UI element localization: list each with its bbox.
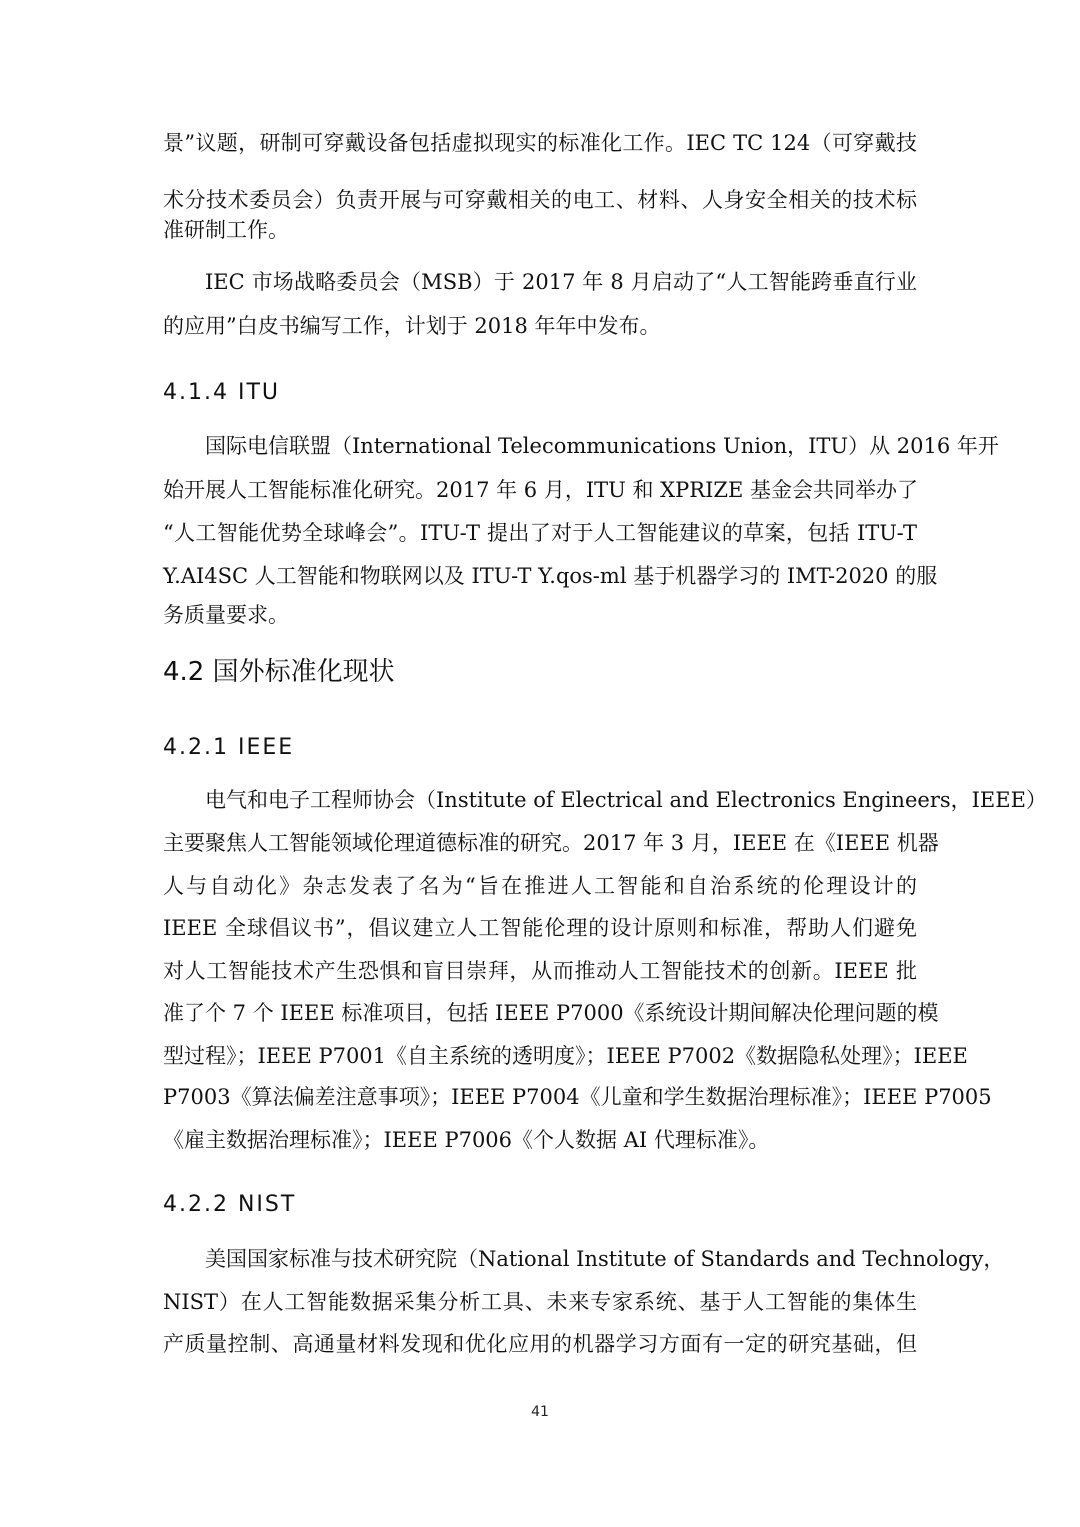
paragraph-line: 准了个 7 个 IEEE 标准项目，包括 IEEE P7000《系统设计期间解决…: [163, 998, 917, 1028]
paragraph-line: 国际电信联盟（International Telecommunications …: [205, 431, 917, 461]
paragraph-line: 的应用”白皮书编写工作，计划于 2018 年年中发布。: [163, 311, 917, 341]
section-heading-4-2-2: 4.2.2 NIST: [163, 1190, 296, 1220]
paragraph-line: 型过程》；IEEE P7001《自主系统的透明度》；IEEE P7002《数据隐…: [163, 1041, 917, 1071]
paragraph-line: 产质量控制、高通量材料发现和优化应用的机器学习方面有一定的研究基础，但: [163, 1329, 917, 1359]
paragraph-line: “人工智能优势全球峰会”。ITU-T 提出了对于人工智能建议的草案，包括 ITU…: [163, 518, 917, 548]
paragraph-line: 美国国家标准与技术研究院（National Institute of Stand…: [205, 1244, 917, 1274]
page-number: 41: [0, 1404, 1080, 1420]
paragraph-line: 务质量要求。: [163, 600, 917, 630]
paragraph-line: NIST）在人工智能数据采集分析工具、未来专家系统、基于人工智能的集体生: [163, 1287, 917, 1317]
paragraph-line: 对人工智能技术产生恐惧和盲目崇拜，从而推动人工智能技术的创新。IEEE 批: [163, 956, 917, 986]
paragraph-line: Y.AI4SC 人工智能和物联网以及 ITU-T Y.qos-ml 基于机器学习…: [163, 561, 917, 591]
section-heading-4-2: 4.2 国外标准化现状: [163, 655, 395, 689]
document-page: 景”议题，研制可穿戴设备包括虚拟现实的标准化工作。IEC TC 124（可穿戴技…: [0, 0, 1080, 1527]
paragraph-line: 景”议题，研制可穿戴设备包括虚拟现实的标准化工作。IEC TC 124（可穿戴技: [163, 128, 917, 158]
paragraph-line: IEC 市场战略委员会（MSB）于 2017 年 8 月启动了“人工智能跨垂直行…: [205, 267, 917, 297]
paragraph-line: 主要聚焦人工智能领域伦理道德标准的研究。2017 年 3 月，IEEE 在《IE…: [163, 828, 917, 858]
paragraph-line: 人与自动化》杂志发表了名为“旨在推进人工智能和自治系统的伦理设计的: [163, 871, 917, 901]
section-heading-4-1-4: 4.1.4 ITU: [163, 378, 280, 408]
paragraph-line: 术分技术委员会）负责开展与可穿戴相关的电工、材料、人身安全相关的技术标: [163, 185, 917, 215]
paragraph-line: IEEE 全球倡议书”，倡议建立人工智能伦理的设计原则和标准，帮助人们避免: [163, 913, 917, 943]
section-heading-4-2-1: 4.2.1 IEEE: [163, 733, 294, 763]
paragraph-line: 始开展人工智能标准化研究。2017 年 6 月，ITU 和 XPRIZE 基金会…: [163, 475, 917, 505]
paragraph-line: P7003《算法偏差注意事项》；IEEE P7004《儿童和学生数据治理标准》；…: [163, 1082, 917, 1112]
paragraph-line: 准研制工作。: [163, 215, 917, 245]
paragraph-line: 《雇主数据治理标准》；IEEE P7006《个人数据 AI 代理标准》。: [163, 1125, 917, 1155]
paragraph-line: 电气和电子工程师协会（Institute of Electrical and E…: [205, 785, 917, 815]
